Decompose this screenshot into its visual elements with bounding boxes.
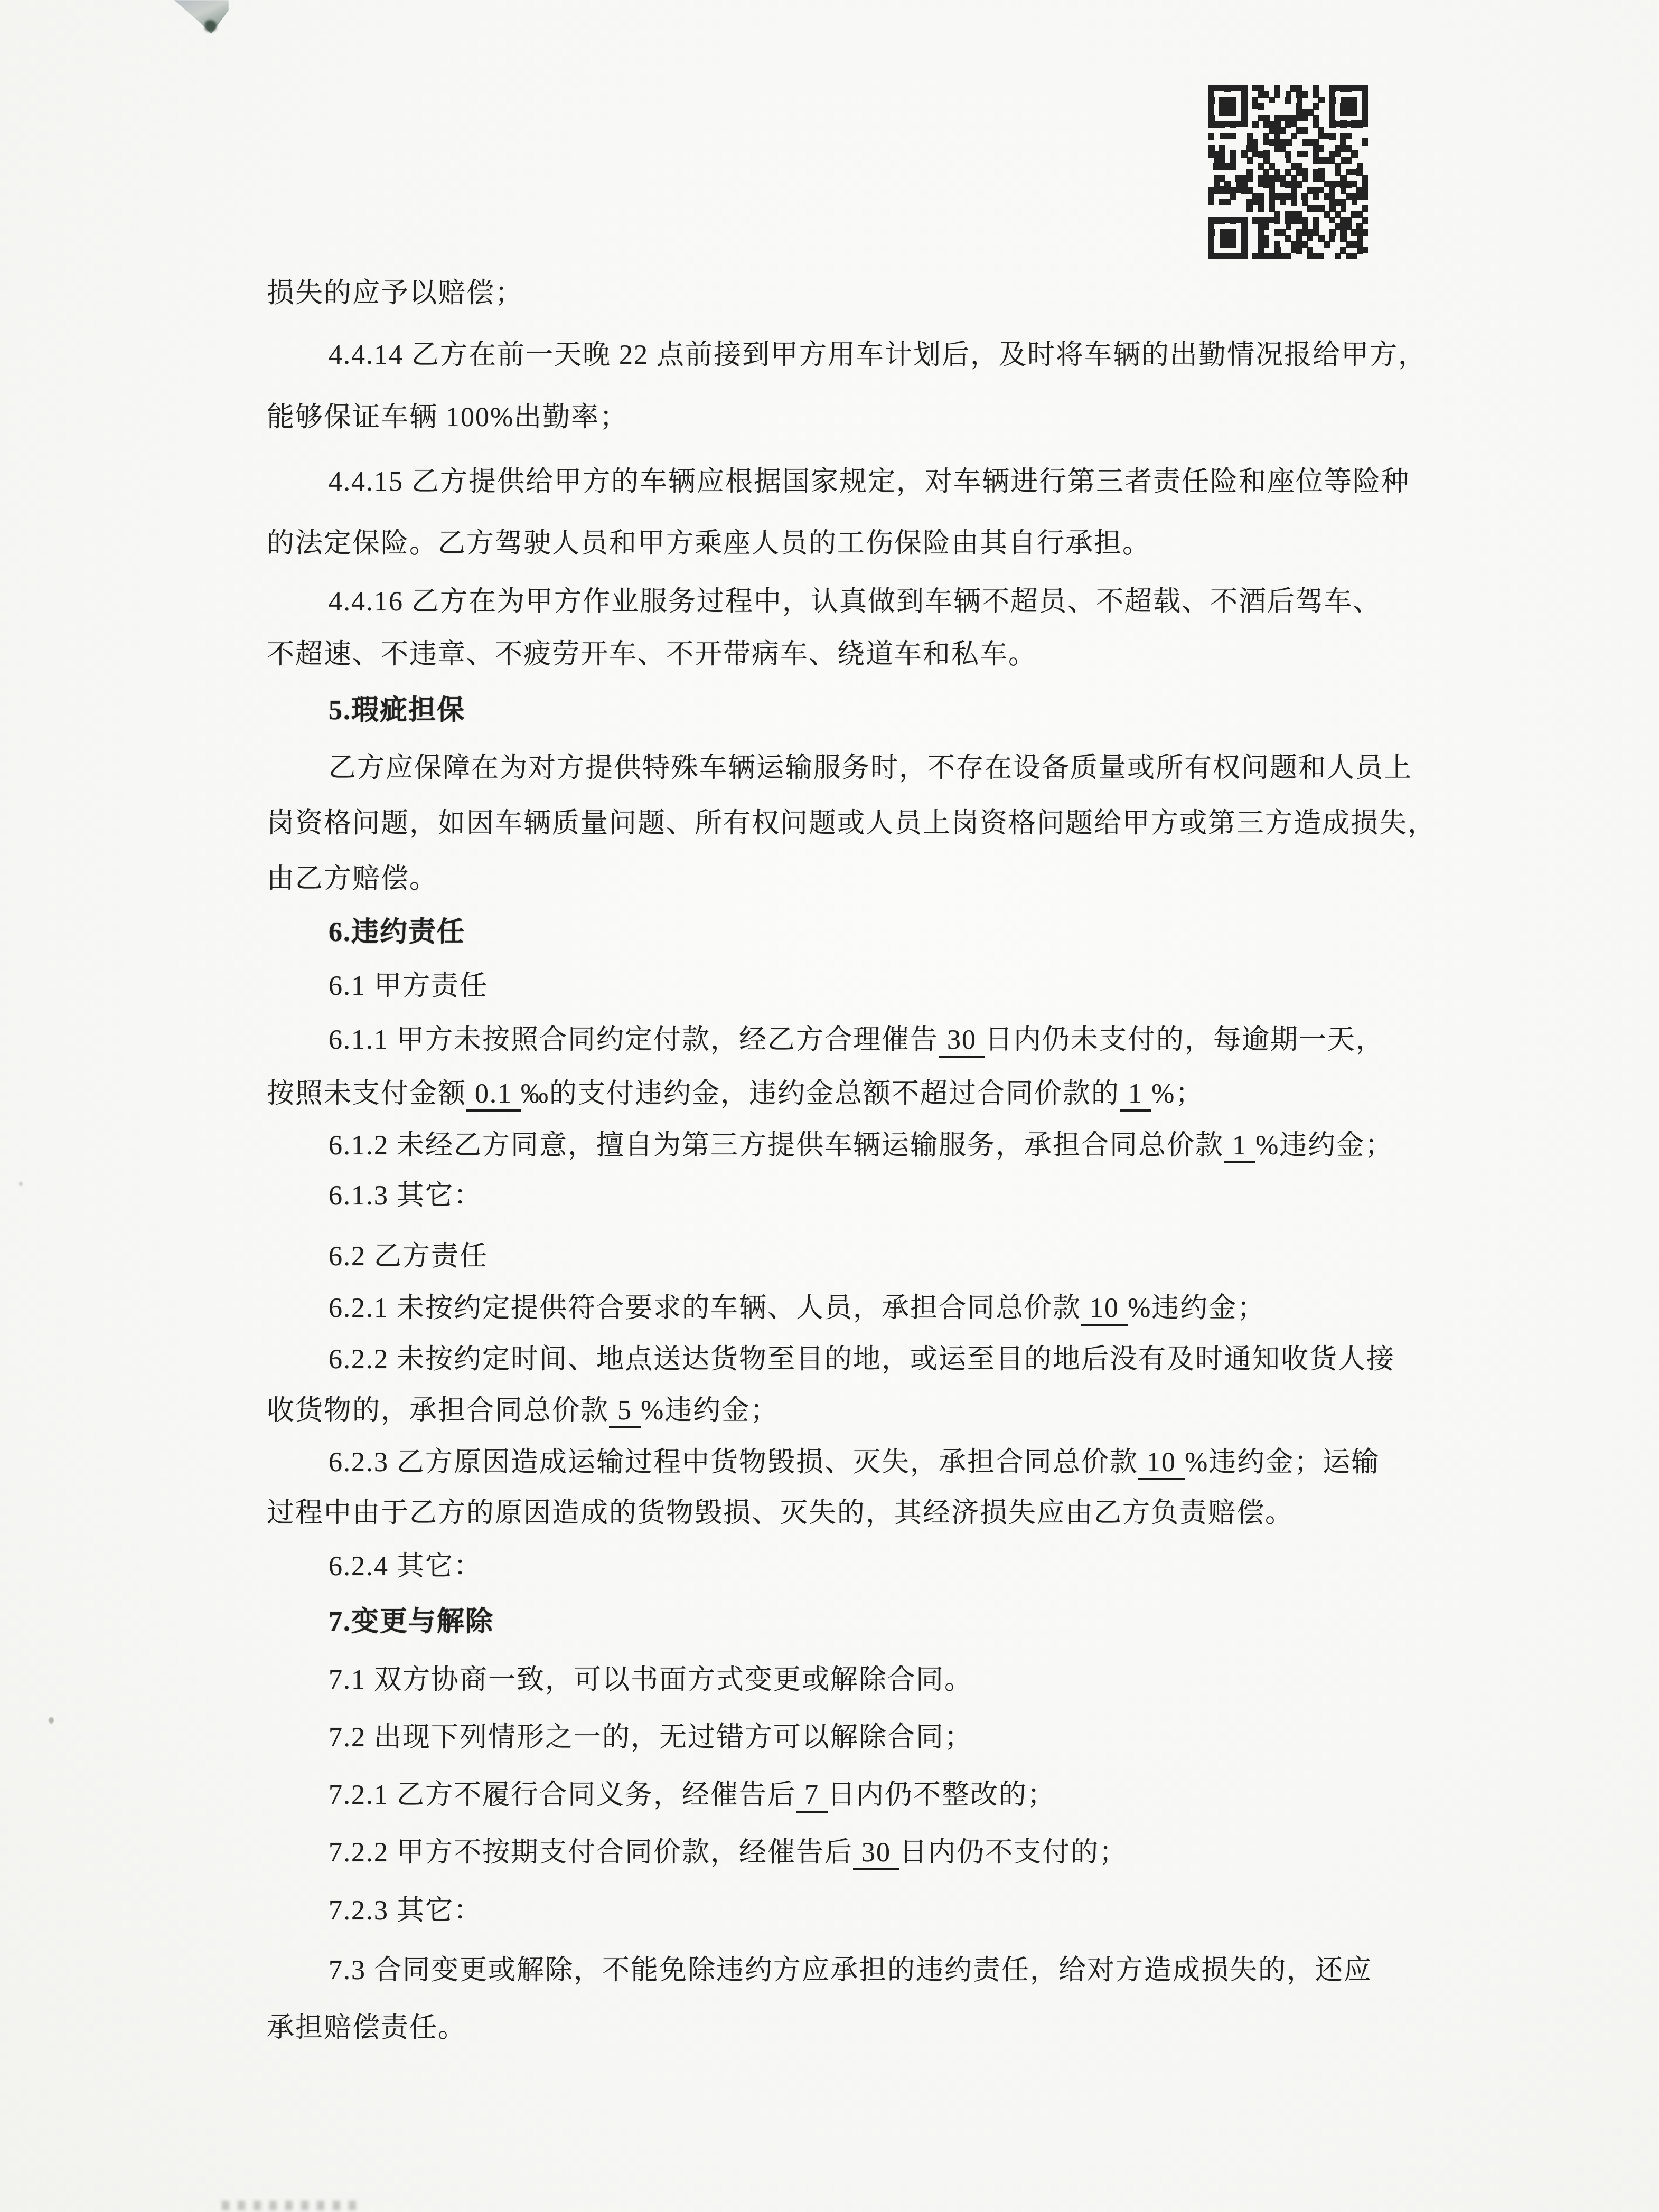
text-line: 能够保证车辆 100%出勤率； [267,400,628,436]
text-segment: 7.2.1 乙方不履行合同义务，经催告后 [329,1780,796,1810]
text-segment: 损失的应予以赔偿； [267,278,523,308]
filled-blank: 1 [1120,1079,1151,1112]
text-segment: 的法定保险。乙方驾驶人员和甲方乘座人员的工伤保险由其自行承担。 [267,529,1151,559]
text-segment: 岗资格问题，如因车辆质量问题、所有权问题或人员上岗资格问题给甲方或第三方造成损失… [267,808,1436,839]
text-line: 6.1.2 未经乙方同意，擅自为第三方提供车辆运输服务，承担合同总价款1%违约金… [329,1128,1393,1164]
text-segment: 6.2.1 未按约定提供符合要求的车辆、人员，承担合同总价款 [329,1293,1081,1323]
text-line: 4.4.16 乙方在为甲方作业服务过程中，认真做到车辆不超员、不超载、不酒后驾车… [329,584,1381,620]
text-segment: 承担赔偿责任。 [267,2013,466,2043]
filled-blank: 7 [796,1780,828,1813]
text-segment: 7.变更与解除 [329,1607,494,1637]
text-line: 6.违约责任 [329,915,465,950]
text-line: 6.2.4 其它： [329,1549,482,1585]
text-line: 按照未支付金额0.1‰的支付违约金，违约金总额不超过合同价款的1%； [267,1076,1204,1112]
text-line: 7.变更与解除 [329,1604,494,1640]
text-line: 5.瑕疵担保 [329,693,465,729]
filled-blank: 5 [609,1396,641,1428]
text-line: 岗资格问题，如因车辆质量问题、所有权问题或人员上岗资格问题给甲方或第三方造成损失… [267,806,1436,842]
text-segment: 4.4.16 乙方在为甲方作业服务过程中，认真做到车辆不超员、不超载、不酒后驾车… [329,587,1381,617]
contract-text: 损失的应予以赔偿；4.4.14 乙方在前一天晚 22 点前接到甲方用车计划后，及… [0,0,1659,2212]
text-line: 6.1.1 甲方未按照合同约定付款，经乙方合理催告30日内仍未支付的，每逾期一天… [329,1022,1384,1058]
text-segment: 7.3 合同变更或解除，不能免除违约方应承担的违约责任，给对方造成损失的，还应 [329,1955,1372,1985]
text-segment: 过程中由于乙方的原因造成的货物毁损、灭失的，其经济损失应由乙方负责赔偿。 [267,1498,1294,1528]
text-line: 损失的应予以赔偿； [267,276,523,312]
text-segment: 日内仍不整改的； [828,1780,1056,1810]
filled-blank: 1 [1224,1131,1255,1163]
text-segment: 日内仍未支付的，每逾期一天， [985,1025,1384,1055]
text-segment: 乙方应保障在为对方提供特殊车辆运输服务时，不存在设备质量或所有权问题和人员上 [329,753,1412,783]
text-segment: 4.4.14 乙方在前一天晚 22 点前接到甲方用车计划后，及时将车辆的出勤情况… [329,340,1427,370]
text-line: 不超速、不违章、不疲劳开车、不开带病车、绕道车和私车。 [267,637,1037,673]
text-line: 由乙方赔偿。 [267,861,438,897]
text-segment: 4.4.15 乙方提供给甲方的车辆应根据国家规定，对车辆进行第三者责任险和座位等… [329,467,1410,497]
text-line: 7.1 双方协商一致，可以书面方式变更或解除合同。 [329,1662,973,1698]
text-line: 6.2.1 未按约定提供符合要求的车辆、人员，承担合同总价款10%违约金； [329,1291,1266,1326]
text-segment: %； [1151,1079,1204,1109]
text-line: 7.2.2 甲方不按期支付合同价款，经催告后30日内仍不支付的； [329,1835,1128,1871]
text-line: 4.4.15 乙方提供给甲方的车辆应根据国家规定，对车辆进行第三者责任险和座位等… [329,464,1410,500]
text-line: 4.4.14 乙方在前一天晚 22 点前接到甲方用车计划后，及时将车辆的出勤情况… [329,337,1427,373]
text-line: 6.2 乙方责任 [329,1239,488,1275]
filled-blank: 10 [1138,1447,1185,1480]
text-line: 6.1 甲方责任 [329,968,488,1004]
document-page: 损失的应予以赔偿；4.4.14 乙方在前一天晚 22 点前接到甲方用车计划后，及… [0,0,1659,2212]
text-line: 过程中由于乙方的原因造成的货物毁损、灭失的，其经济损失应由乙方负责赔偿。 [267,1495,1294,1531]
text-line: 收货物的，承担合同总价款5%违约金； [267,1393,779,1429]
text-line: 承担赔偿责任。 [267,2010,466,2046]
text-segment: 能够保证车辆 100%出勤率； [267,402,628,432]
text-segment: 按照未支付金额 [267,1079,466,1109]
text-segment: 日内仍不支付的； [899,1838,1128,1868]
text-line: 7.3 合同变更或解除，不能免除违约方应承担的违约责任，给对方造成损失的，还应 [329,1953,1372,1989]
scan-speck [49,1717,54,1724]
scan-edge-smudge [222,2201,359,2210]
text-line: 的法定保险。乙方驾驶人员和甲方乘座人员的工伤保险由其自行承担。 [267,526,1151,562]
filled-blank: 10 [1081,1293,1128,1326]
text-segment: 6.1.2 未经乙方同意，擅自为第三方提供车辆运输服务，承担合同总价款 [329,1131,1224,1161]
text-segment: 5.瑕疵担保 [329,695,465,726]
filled-blank: 30 [939,1025,985,1058]
text-segment: 7.2 出现下列情形之一的，无过错方可以解除合同； [329,1722,973,1753]
text-segment: 6.1.1 甲方未按照合同约定付款，经乙方合理催告 [329,1025,939,1055]
text-segment: %违约金； [641,1396,779,1426]
text-segment: 6.2 乙方责任 [329,1241,488,1272]
text-segment: 6.2.2 未按约定时间、地点送达货物至目的地，或运至目的地后没有及时通知收货人… [329,1344,1395,1375]
text-segment: 7.2.2 甲方不按期支付合同价款，经催告后 [329,1838,853,1868]
text-segment: 7.2.3 其它： [329,1896,482,1926]
text-segment: 6.2.3 乙方原因造成运输过程中货物毁损、灭失，承担合同总价款 [329,1447,1138,1477]
text-segment: 6.1.3 其它： [329,1181,482,1211]
text-segment: 7.1 双方协商一致，可以书面方式变更或解除合同。 [329,1665,973,1695]
filled-blank: 0.1 [466,1079,521,1112]
text-line: 6.1.3 其它： [329,1178,482,1214]
text-segment: %违约金； [1255,1131,1393,1161]
text-segment: 6.违约责任 [329,917,465,947]
text-line: 6.2.2 未按约定时间、地点送达货物至目的地，或运至目的地后没有及时通知收货人… [329,1342,1395,1378]
text-segment: 不超速、不违章、不疲劳开车、不开带病车、绕道车和私车。 [267,639,1037,670]
text-segment: %违约金； [1128,1293,1266,1323]
text-segment: 收货物的，承担合同总价款 [267,1396,609,1426]
text-line: 7.2.3 其它： [329,1893,482,1929]
text-segment: %违约金；运输 [1185,1447,1380,1477]
text-line: 7.2.1 乙方不履行合同义务，经催告后7日内仍不整改的； [329,1777,1056,1813]
text-segment: ‰的支付违约金，违约金总额不超过合同价款的 [521,1079,1120,1109]
text-line: 6.2.3 乙方原因造成运输过程中货物毁损、灭失，承担合同总价款10%违约金；运… [329,1445,1380,1481]
text-segment: 6.1 甲方责任 [329,971,488,1001]
text-segment: 6.2.4 其它： [329,1551,482,1582]
text-line: 乙方应保障在为对方提供特殊车辆运输服务时，不存在设备质量或所有权问题和人员上 [329,750,1412,786]
text-segment: 由乙方赔偿。 [267,864,438,894]
filled-blank: 30 [853,1838,899,1870]
scan-speck [19,1182,23,1186]
text-line: 7.2 出现下列情形之一的，无过错方可以解除合同； [329,1720,973,1756]
